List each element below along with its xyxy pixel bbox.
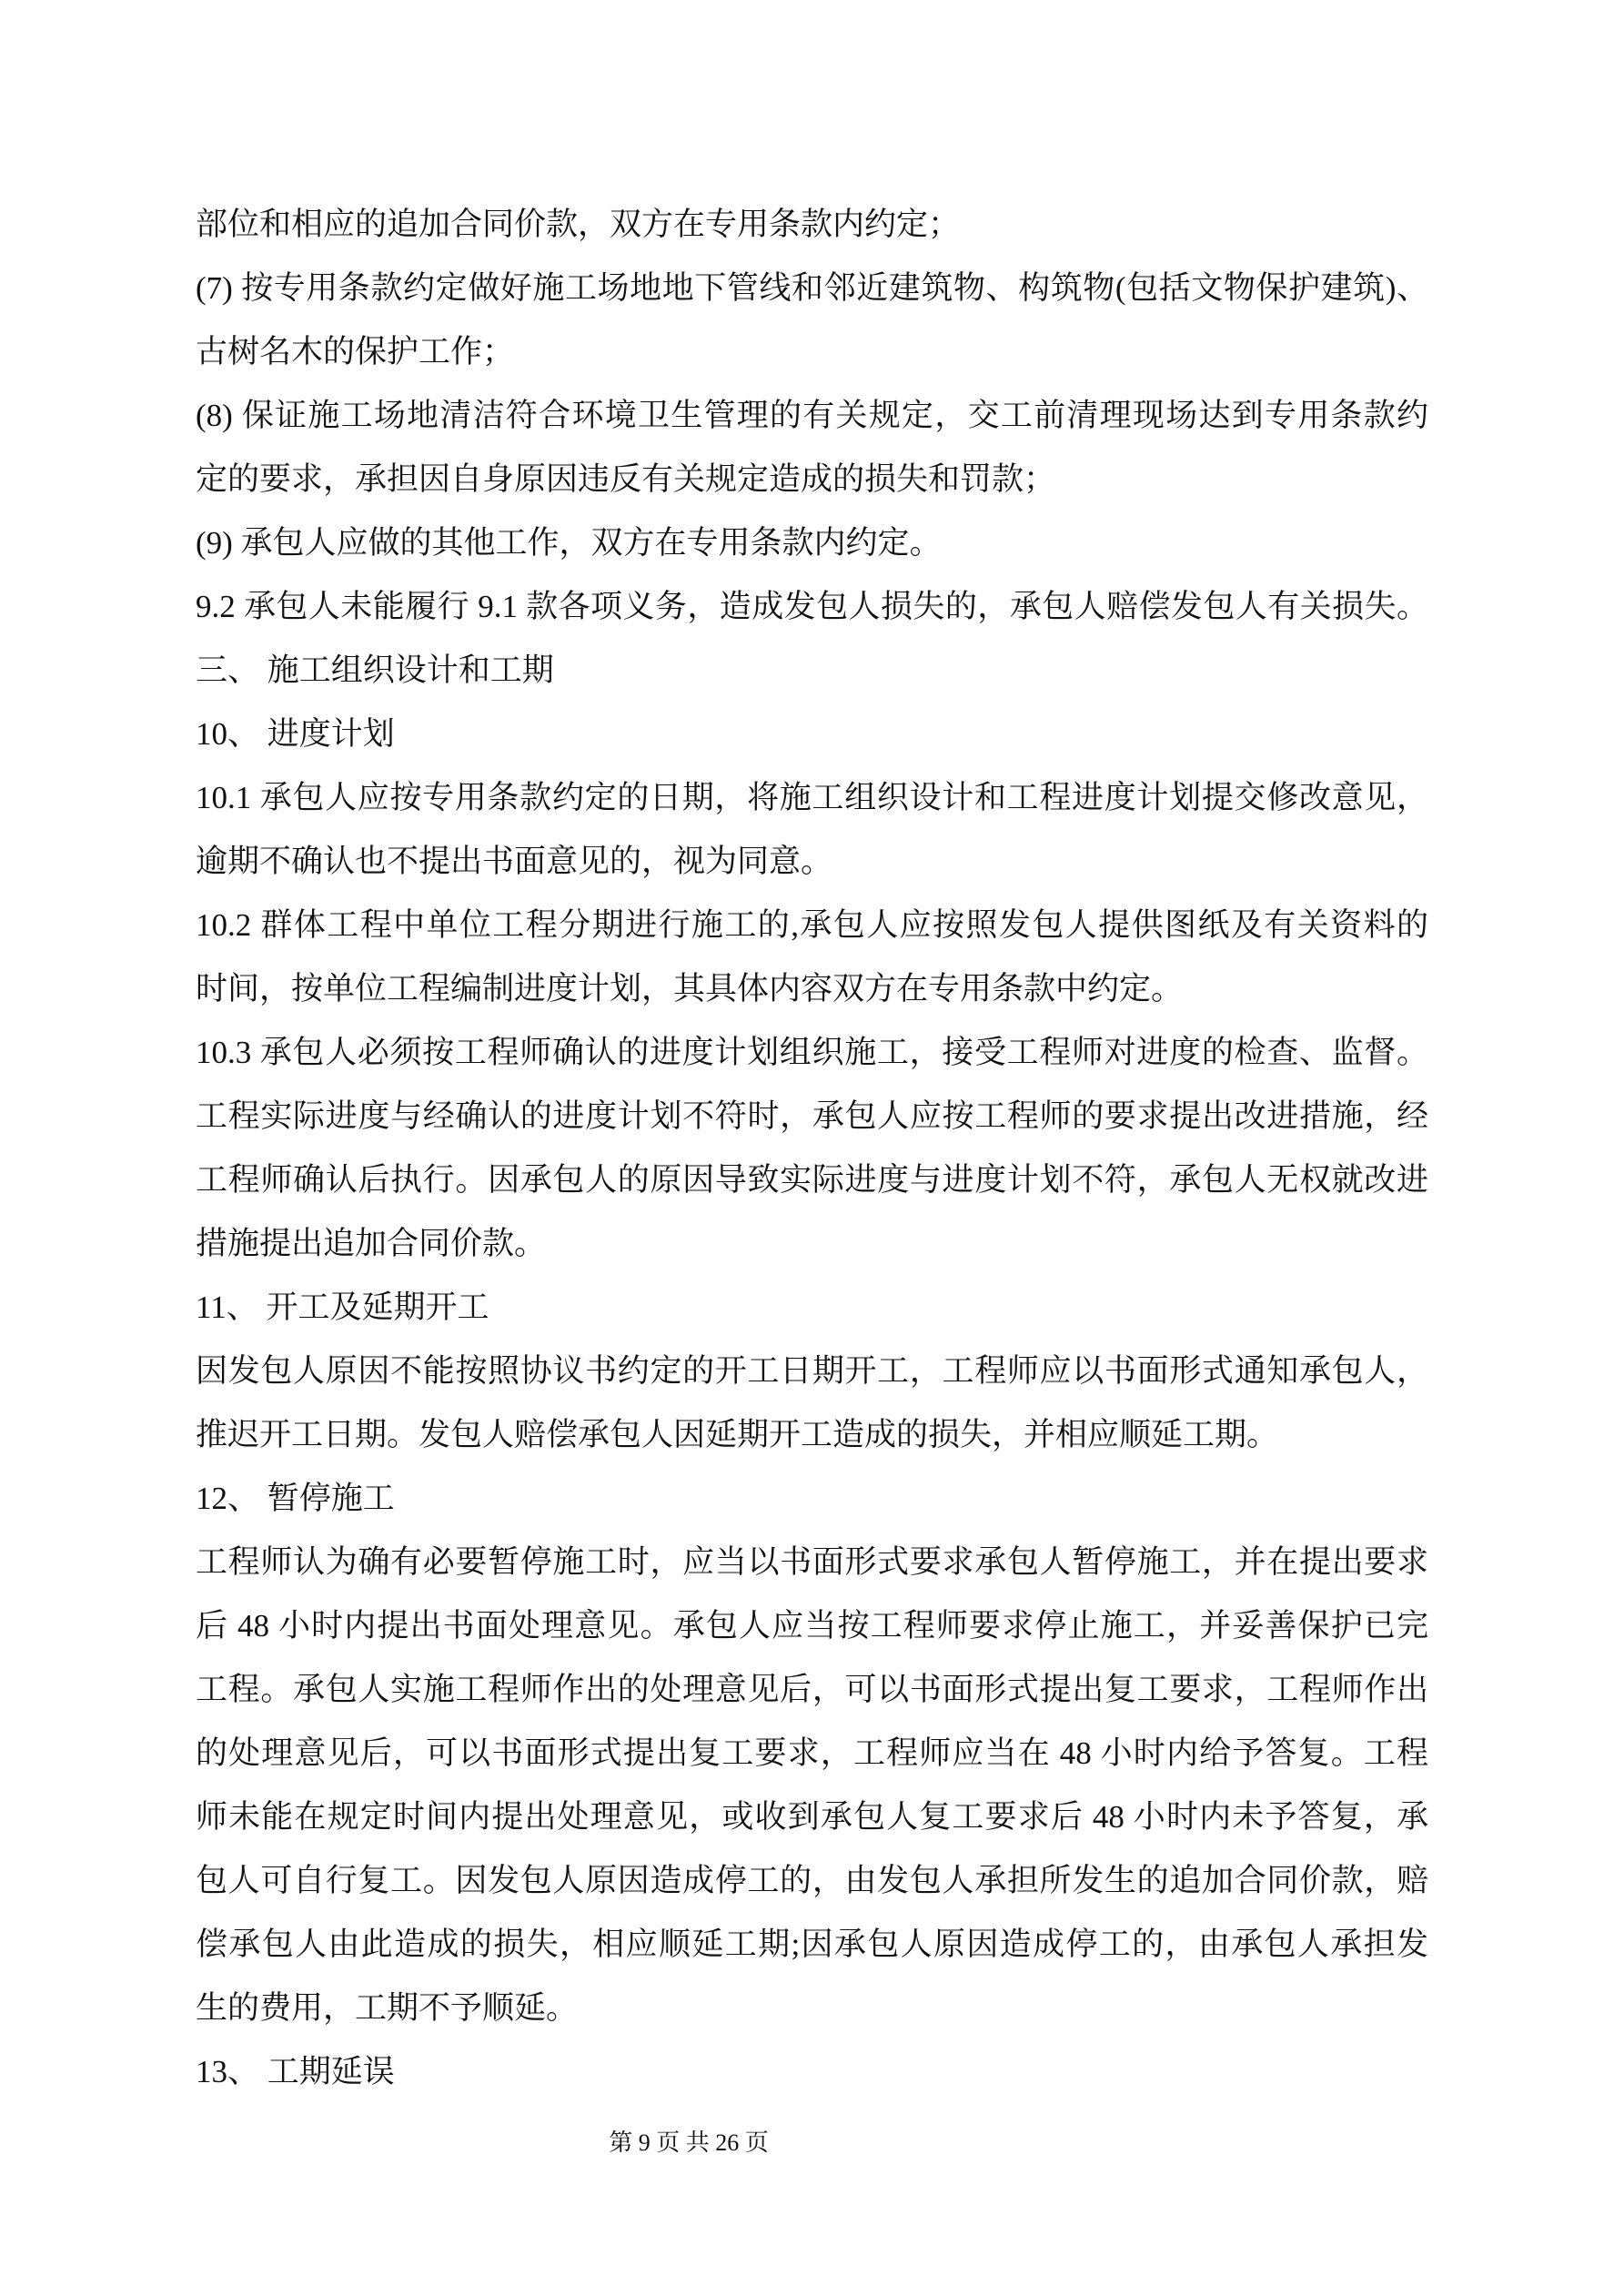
text-line: 工程师认为确有必要暂停施工时，应当以书面形式要求承包人暂停施工，并在提出要求	[196, 1531, 1428, 1594]
text-line: 13、 工期延误	[196, 2040, 1428, 2104]
text-line: 10.2 群体工程中单位工程分期进行施工的,承包人应按照发包人提供图纸及有关资料…	[196, 894, 1428, 957]
text-line: 10、 进度计划	[196, 703, 1428, 766]
text-line: 三、 施工组织设计和工期	[196, 639, 1428, 703]
text-line: 师未能在规定时间内提出处理意见，或收到承包人复工要求后 48 小时内未予答复，承	[196, 1785, 1428, 1849]
text-line: 逾期不确认也不提出书面意见的，视为同意。	[196, 830, 1428, 894]
text-line: 工程师确认后执行。因承包人的原因导致实际进度与进度计划不符，承包人无权就改进	[196, 1148, 1428, 1212]
text-line: 定的要求，承担因自身原因违反有关规定造成的损失和罚款；	[196, 448, 1428, 511]
document-body: 部位和相应的追加合同价款，双方在专用条款内约定；(7) 按专用条款约定做好施工场…	[196, 193, 1428, 2104]
document-page: 部位和相应的追加合同价款，双方在专用条款内约定；(7) 按专用条款约定做好施工场…	[0, 0, 1624, 2296]
text-line: 时间，按单位工程编制进度计划，其具体内容双方在专用条款中约定。	[196, 957, 1428, 1021]
text-line: 工程。承包人实施工程师作出的处理意见后，可以书面形式提出复工要求，工程师作出	[196, 1658, 1428, 1722]
text-line: 10.1 承包人应按专用条款约定的日期，将施工组织设计和工程进度计划提交修改意见…	[196, 766, 1428, 830]
text-line: 因发包人原因不能按照协议书约定的开工日期开工，工程师应以书面形式通知承包人，	[196, 1340, 1428, 1403]
text-line: 部位和相应的追加合同价款，双方在专用条款内约定；	[196, 193, 1428, 257]
text-line: 包人可自行复工。因发包人原因造成停工的，由发包人承担所发生的追加合同价款，赔	[196, 1849, 1428, 1913]
text-line: 偿承包人由此造成的损失，相应顺延工期;因承包人原因造成停工的，由承包人承担发	[196, 1913, 1428, 1977]
page-footer: 第 9 页 共 26 页	[0, 2129, 1377, 2157]
text-line: 措施提出追加合同价款。	[196, 1212, 1428, 1276]
text-line: 11、 开工及延期开工	[196, 1276, 1428, 1340]
text-line: 后 48 小时内提出书面处理意见。承包人应当按工程师要求停止施工，并妥善保护已完	[196, 1594, 1428, 1658]
text-line: 古树名木的保护工作；	[196, 320, 1428, 384]
text-line: 推迟开工日期。发包人赔偿承包人因延期开工造成的损失，并相应顺延工期。	[196, 1403, 1428, 1467]
text-line: 生的费用，工期不予顺延。	[196, 1977, 1428, 2040]
text-line: 的处理意见后，可以书面形式提出复工要求，工程师应当在 48 小时内给予答复。工程	[196, 1722, 1428, 1785]
text-line: 12、 暂停施工	[196, 1467, 1428, 1531]
text-line: (9) 承包人应做的其他工作，双方在专用条款内约定。	[196, 511, 1428, 575]
text-line: 9.2 承包人未能履行 9.1 款各项义务，造成发包人损失的，承包人赔偿发包人有…	[196, 575, 1428, 639]
text-line: 10.3 承包人必须按工程师确认的进度计划组织施工，接受工程师对进度的检查、监督…	[196, 1021, 1428, 1085]
text-line: (7) 按专用条款约定做好施工场地地下管线和邻近建筑物、构筑物(包括文物保护建筑…	[196, 257, 1428, 320]
text-line: 工程实际进度与经确认的进度计划不符时，承包人应按工程师的要求提出改进措施，经	[196, 1085, 1428, 1148]
page-number-text: 第 9 页 共 26 页	[609, 2129, 769, 2156]
text-line: (8) 保证施工场地清洁符合环境卫生管理的有关规定，交工前清理现场达到专用条款约	[196, 384, 1428, 448]
